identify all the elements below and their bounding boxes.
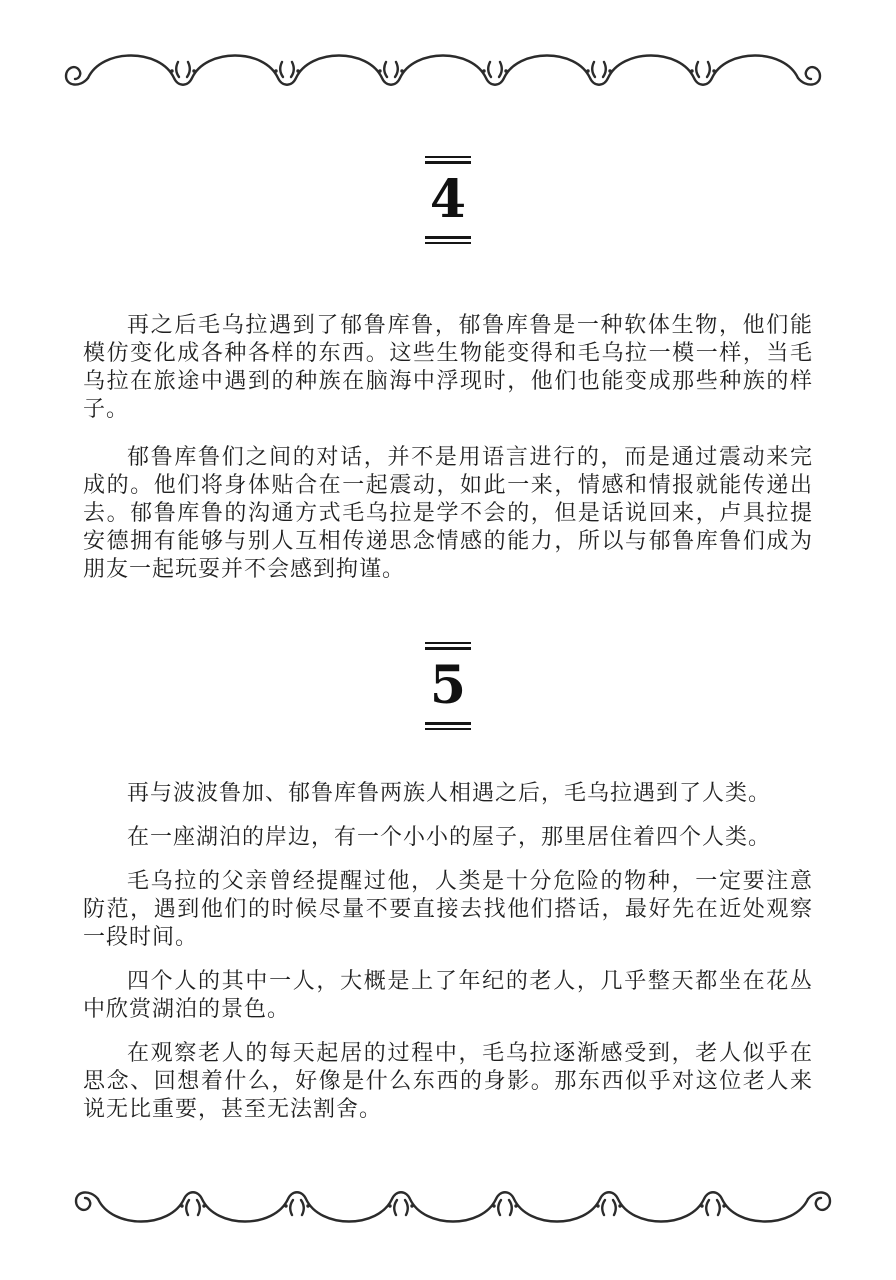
paragraph: 再与波波鲁加、郁鲁库鲁两族人相遇之后，毛乌拉遇到了人类。: [83, 780, 813, 808]
heading-rule-top: [425, 156, 471, 164]
heading-rule-bottom: [425, 236, 471, 244]
paragraph: 郁鲁库鲁们之间的对话，并不是用语言进行的，而是通过震动来完成的。他们将身体贴合在…: [83, 444, 813, 584]
chapter-5-body: 再与波波鲁加、郁鲁库鲁两族人相遇之后，毛乌拉遇到了人类。 在一座湖泊的岸边，有一…: [83, 780, 813, 1124]
chapter-5-heading: 5: [388, 642, 508, 730]
paragraph: 四个人的其中一人，大概是上了年纪的老人，几乎整天都坐在花丛中欣赏湖泊的景色。: [83, 968, 813, 1024]
paragraph: 在一座湖泊的岸边，有一个小小的屋子，那里居住着四个人类。: [83, 824, 813, 852]
heading-rule-top: [425, 642, 471, 650]
paragraph: 在观察老人的每天起居的过程中，毛乌拉逐渐感受到，老人似乎在思念、回想着什么，好像…: [83, 1040, 813, 1124]
chapter-number: 4: [388, 174, 508, 226]
heading-rule-bottom: [425, 722, 471, 730]
book-page: 4 再之后毛乌拉遇到了郁鲁库鲁，郁鲁库鲁是一种软体生物，他们能模仿变化成各种各样…: [0, 0, 896, 1280]
top-border-ornament-icon: [56, 50, 840, 94]
chapter-4-heading: 4: [388, 156, 508, 244]
paragraph: 毛乌拉的父亲曾经提醒过他，人类是十分危险的物种，一定要注意防范，遇到他们的时候尽…: [83, 868, 813, 952]
chapter-number: 5: [388, 660, 508, 712]
bottom-border-ornament-icon: [56, 1183, 840, 1227]
paragraph: 再之后毛乌拉遇到了郁鲁库鲁，郁鲁库鲁是一种软体生物，他们能模仿变化成各种各样的东…: [83, 312, 813, 424]
chapter-4-body: 再之后毛乌拉遇到了郁鲁库鲁，郁鲁库鲁是一种软体生物，他们能模仿变化成各种各样的东…: [83, 312, 813, 584]
